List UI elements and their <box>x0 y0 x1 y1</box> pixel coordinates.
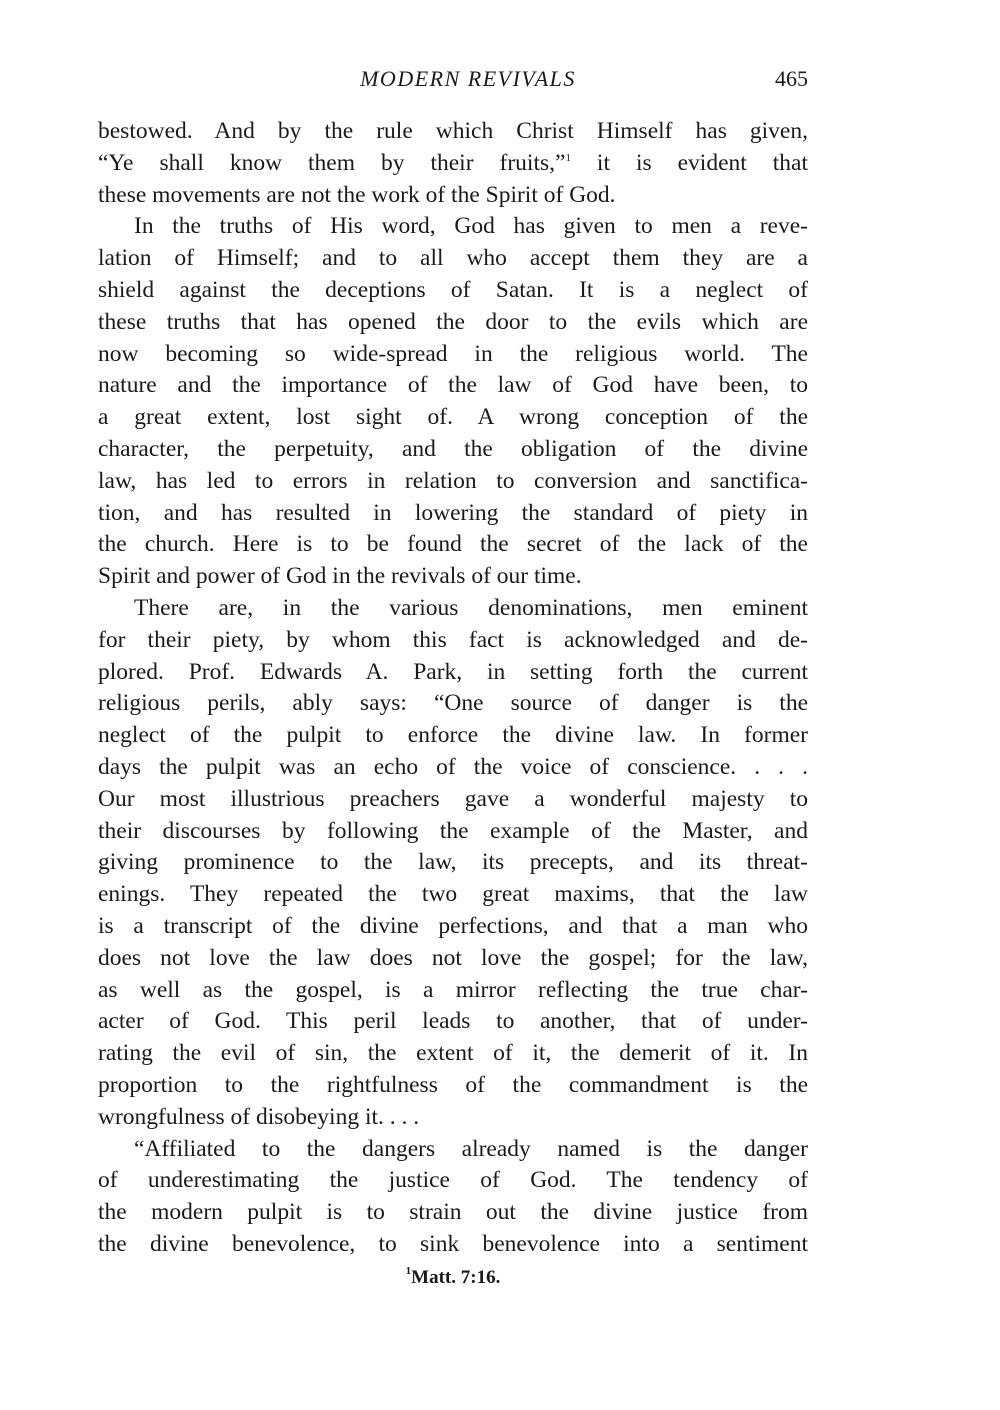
paragraph: bestowed. And by the rule which Christ H… <box>98 116 808 211</box>
footnote-text: Matt. 7:16. <box>411 1267 500 1288</box>
text-line: giving prominence to the law, its precep… <box>98 847 808 879</box>
text-line: lation of Himself; and to all who accept… <box>98 243 808 275</box>
line-text: “Ye shall know them by their fruits,” <box>98 150 565 176</box>
text-line: for their piety, by whom this fact is ac… <box>98 625 808 657</box>
text-line: Our most illustrious preachers gave a wo… <box>98 784 808 816</box>
text-line: rating the evil of sin, the extent of it… <box>98 1038 808 1070</box>
text-line: character, the perpetuity, and the oblig… <box>98 434 808 466</box>
text-line: is a transcript of the divine perfection… <box>98 911 808 943</box>
text-line: the church. Here is to be found the secr… <box>98 529 808 561</box>
text-line: law, has led to errors in relation to co… <box>98 466 808 498</box>
paragraph: “Affiliated to the dangers already named… <box>98 1134 808 1261</box>
text-line: now becoming so wide-spread in the relig… <box>98 339 808 371</box>
text-line: shield against the deceptions of Satan. … <box>98 275 808 307</box>
text-line: these truths that has opened the door to… <box>98 307 808 339</box>
text-line: their discourses by following the exampl… <box>98 816 808 848</box>
text-line: the modern pulpit is to strain out the d… <box>98 1197 808 1229</box>
text-line: wrongfulness of disobeying it. . . . <box>98 1102 808 1134</box>
text-line: these movements are not the work of the … <box>98 180 808 212</box>
running-title: MODERN REVIVALS <box>98 66 808 92</box>
text-line: plored. Prof. Edwards A. Park, in settin… <box>98 657 808 689</box>
text-line: enings. They repeated the two great maxi… <box>98 879 808 911</box>
page-number: 465 <box>775 66 808 92</box>
running-head: MODERN REVIVALS 465 <box>98 66 808 96</box>
text-line: religious perils, ably says: “One source… <box>98 688 808 720</box>
text-line: as well as the gospel, is a mirror refle… <box>98 975 808 1007</box>
text-line: proportion to the rightfulness of the co… <box>98 1070 808 1102</box>
text-line: nature and the importance of the law of … <box>98 370 808 402</box>
text-line: the divine benevolence, to sink benevole… <box>98 1229 808 1261</box>
text-line: neglect of the pulpit to enforce the div… <box>98 720 808 752</box>
text-line: bestowed. And by the rule which Christ H… <box>98 116 808 148</box>
text-line: of underestimating the justice of God. T… <box>98 1165 808 1197</box>
text-line: There are, in the various denominations,… <box>98 593 808 625</box>
text-line-with-footnote-ref: “Ye shall know them by their fruits,”1 i… <box>98 148 808 180</box>
text-line: In the truths of His word, God has given… <box>98 211 808 243</box>
footnote: 1Matt. 7:16. <box>98 1267 808 1289</box>
text-line: days the pulpit was an echo of the voice… <box>98 752 808 784</box>
text-line: tion, and has resulted in lowering the s… <box>98 498 808 530</box>
paragraph: There are, in the various denominations,… <box>98 593 808 1134</box>
text-line: acter of God. This peril leads to anothe… <box>98 1006 808 1038</box>
body-text: bestowed. And by the rule which Christ H… <box>98 116 808 1261</box>
text-line: “Affiliated to the dangers already named… <box>98 1134 808 1166</box>
text-line: a great extent, lost sight of. A wrong c… <box>98 402 808 434</box>
text-line: does not love the law does not love the … <box>98 943 808 975</box>
footnote-reference: 1 <box>565 152 571 164</box>
book-page: MODERN REVIVALS 465 bestowed. And by the… <box>0 0 1000 1410</box>
text-line: Spirit and power of God in the revivals … <box>98 561 808 593</box>
paragraph: In the truths of His word, God has given… <box>98 211 808 593</box>
